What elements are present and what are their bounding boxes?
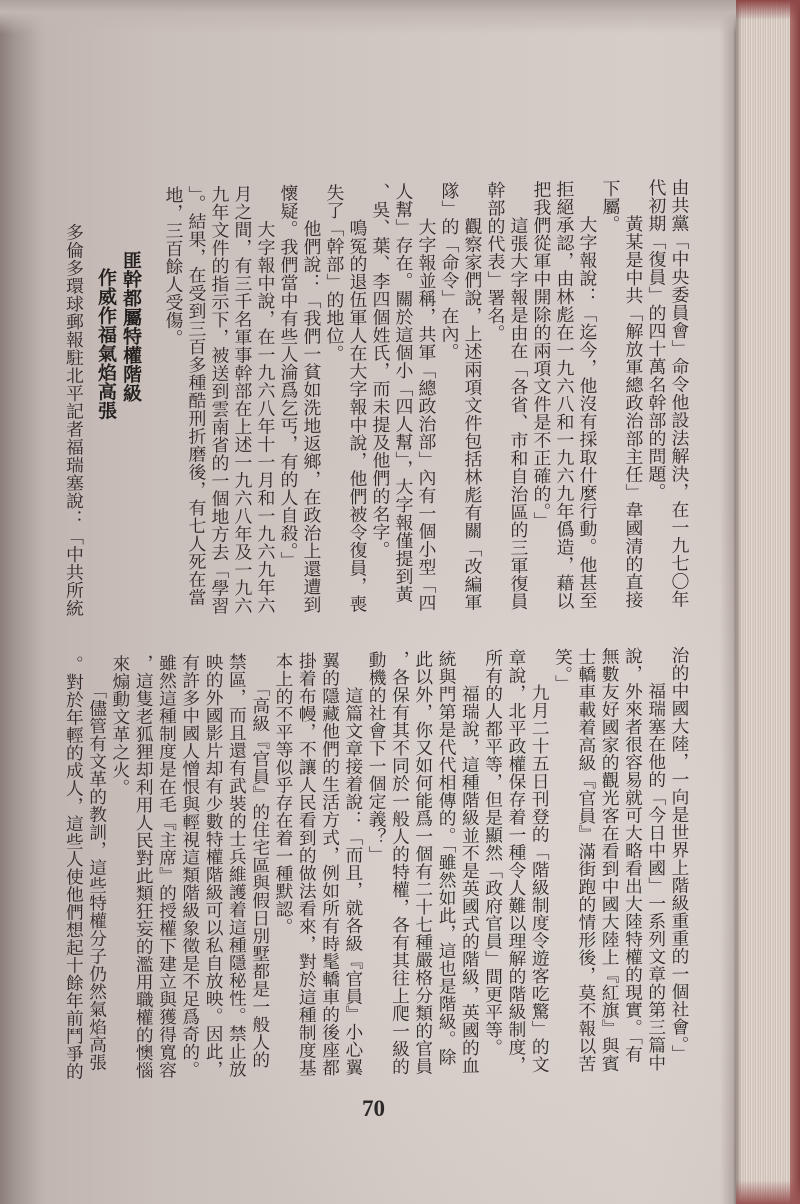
- text-column: 此以外，你又如何能爲一個有二十七種嚴格分類的官員: [410, 650, 433, 1080]
- text-column: 地，三百餘人受傷。: [161, 186, 184, 618]
- section-heading-line-1: 匪幹都屬特權階級: [119, 186, 142, 618]
- text-column: 下屬。: [598, 179, 621, 611]
- text-column: 幹部的代表」署名。: [483, 181, 506, 613]
- text-column: 月之間，有三千名軍事幹部在上述一九六八年及一九六: [230, 185, 253, 617]
- text-column: 福瑞塞在他的「今日中國」一系列文章的第三篇中: [643, 646, 666, 1076]
- text-column: 雖然這種制度是在毛『主席』的授權下建立與獲得寬容: [154, 654, 177, 1084]
- text-column: ，這隻老狐狸却利用人民對此類狂妄的濫用職權的懊惱: [131, 654, 154, 1084]
- page-number: 70: [362, 1096, 385, 1122]
- text-column: 無數友好國家的觀光客在看到中國大陸上『紅旗』與賓: [597, 647, 620, 1077]
- text-column: 翼的隱藏他們的生活方式，例如所有時髦轎車的後座都: [317, 651, 340, 1081]
- text-column: 這張大字報是由在「各省、市和自治區的三軍復員: [506, 180, 529, 612]
- text-column: 由共黨「中央委員會」命令他設法解決，在一九七〇年: [667, 178, 690, 610]
- page-edges-stack: [736, 0, 791, 1204]
- text-column: 人幫」存在。關於這個小「四人幫」，大字報僅提到黃: [391, 182, 414, 614]
- text-column: 大字報中說，在一九六八年十一月和一九六九年六: [253, 184, 276, 616]
- text-column: 失了「幹部」的地位。: [322, 183, 345, 615]
- book-page-photo: 由共黨「中央委員會」命令他設法解決，在一九七〇年 代初期「復員」的四十萬名幹部的…: [0, 0, 800, 1204]
- text-column: 」。結果，在受到三百多種酷刑折磨後，有七人死在當: [184, 185, 207, 617]
- text-column: 福瑞說，這種階級並不是英國式的階級，英國的血: [457, 649, 480, 1079]
- text-column: 動機的社會下一個定義？」: [364, 651, 387, 1081]
- text-column: 治的中國大陸，一向是世界上階級重重的一個社會。」: [667, 646, 690, 1076]
- text-column: 大字報並稱，共軍「總政治部」內有一個小型「四: [414, 182, 437, 614]
- text-column: 笑。」: [550, 648, 573, 1078]
- text-column: 這篇文章接着說：「而且，就各級『官員』小心翼: [341, 651, 364, 1081]
- text-column: 代初期「復員」的四十萬名幹部的問題。: [644, 178, 667, 610]
- text-column: 多倫多環球郵報駐北平記者福瑞塞說：「中共所統: [62, 187, 85, 619]
- text-column: 映的外國影片却有少數特權階級可以私自放映。因此，: [201, 653, 224, 1083]
- text-column: 九年文件的指示下，被送到雲南省的一個地方去「學習: [207, 185, 230, 617]
- book-cover-bottom-corner: [736, 1180, 800, 1204]
- text-column: 來煽動文革之火。: [108, 654, 131, 1084]
- book-cover-edge: [790, 0, 800, 1204]
- page-left-shadow: [0, 0, 40, 1204]
- text-column: 觀察家們說，上述兩項文件包括林彪有關「改編軍: [460, 181, 483, 613]
- text-column: 懷疑。我們當中有些人淪爲乞丐，有的人自殺。」: [276, 184, 299, 616]
- text-column: 黃某是中共「解放軍總政治部主任」韋國清的直接: [621, 179, 644, 611]
- text-column: 章說，北平政權保存着一種令人難以理解的階級制度，: [504, 648, 527, 1078]
- book-cover-top-corner: [736, 0, 800, 20]
- text-column: 掛着布幔，不讓人民看到的做法看來，對於這種制度基: [294, 652, 317, 1082]
- text-column: 九月二十五日刊登的「階級制度令遊客吃驚」的文: [527, 648, 550, 1078]
- text-column: 拒絕承認，由林彪在一九六八和一九六九年僞造，藉以: [552, 180, 575, 612]
- text-column: 把我們從軍中開除的兩項文件是不正確的。」: [529, 180, 552, 612]
- text-column: 所有的人都平等，但是顯然「政府官員」間更平等。: [480, 649, 503, 1079]
- text-column: 大字報說：「迄今，他沒有採取什麼行動。他甚至: [575, 179, 598, 611]
- text-column: 統與門第是代代相傳的。「雖然如此，這也是階級。除: [434, 649, 457, 1079]
- text-column: 說，外來者很容易就可大略看出大陸特權的現實。「有: [620, 647, 643, 1077]
- text-column: 。對於年輕的成人，這些人使他們想起十餘年前鬥爭的: [61, 655, 84, 1085]
- text-column: 「儘管有文革的教訓，這些特權分子仍然氣焰高張: [84, 655, 107, 1085]
- text-column: 士轎車載着高級『官員』滿街跑的情形後，莫不報以苦: [574, 647, 597, 1077]
- lower-text-block: 治的中國大陸，一向是世界上階級重重的一個社會。」 福瑞塞在他的「今日中國」一系列…: [61, 646, 690, 1085]
- text-column: 、吳、葉、李四個姓氏，而未提及他們的名字。: [368, 182, 391, 614]
- text-column: ，各保有其不同於一般人的特權，各有其往上爬一級的: [387, 650, 410, 1080]
- text-column: 鳴冤的退伍軍人在大字報中說，他們被令復員，喪: [345, 183, 368, 615]
- text-column: 「高級『官員』的住宅區與假日別墅都是一般人的: [247, 652, 270, 1082]
- text-column: 他們說：「我們一貧如洗地返鄉，在政治上還遭到: [299, 184, 322, 616]
- text-column: 隊」的「命令」在內。: [437, 181, 460, 613]
- text-column: 本上的不平等似乎存在着一種默認。: [271, 652, 294, 1082]
- page-top-edge: [0, 0, 740, 34]
- text-column: 有許多中國人憎恨與輕視這類階級象徵是不足爲奇的。: [177, 653, 200, 1083]
- section-heading-line-2: 作威作福氣焰高張: [94, 187, 117, 619]
- upper-text-block: 由共黨「中央委員會」命令他設法解決，在一九七〇年 代初期「復員」的四十萬名幹部的…: [62, 178, 691, 619]
- text-column: 禁區，而且還有武裝的士兵維護着這種隱秘性。禁止放: [224, 653, 247, 1083]
